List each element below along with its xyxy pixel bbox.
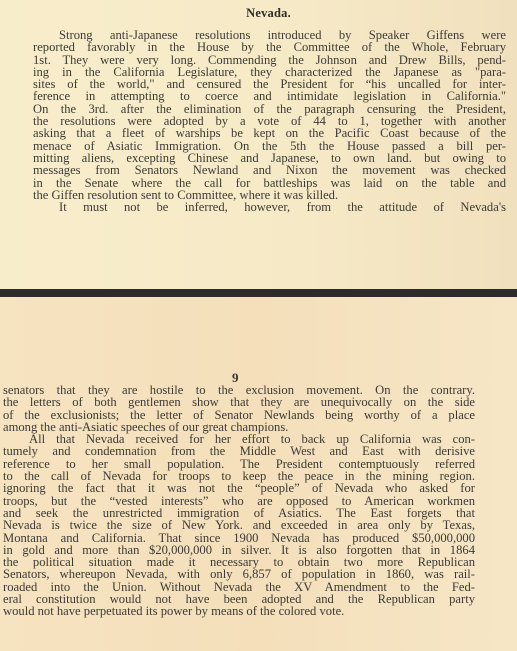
section-title: Nevada. [0,6,517,21]
text-line: messages from Senators Newland and Nixon… [33,164,506,176]
text-line: ference in attempting to coerce and inti… [33,90,506,102]
text-line: asking that a fleet of warships be kept … [33,127,506,139]
text-line: Nevada is twice the size of New York. an… [3,519,475,531]
text-line: reported favorably in the House by the C… [33,41,506,53]
text-line: tumely and condemnation from the Middle … [3,445,475,457]
text-line: ignoring the fact that it was not the “p… [3,482,475,494]
text-line: Montana and California. That since 1900 … [3,532,475,544]
text-line: would not have perpetuated its power by … [3,605,475,617]
text-line: It must not be inferred, however, from t… [33,201,506,213]
text-line: the letters of both gentlemen show that … [3,396,475,408]
bottom-page-body: senators that they are hostile to the ex… [3,384,475,618]
page-divider [0,289,517,297]
text-line: Senators, whereupon Nevada, with only 6,… [3,568,475,580]
text-line: in the Senate where the call for battles… [33,177,506,189]
top-page-body: Strong anti-Japanese resolutions introdu… [33,29,506,213]
